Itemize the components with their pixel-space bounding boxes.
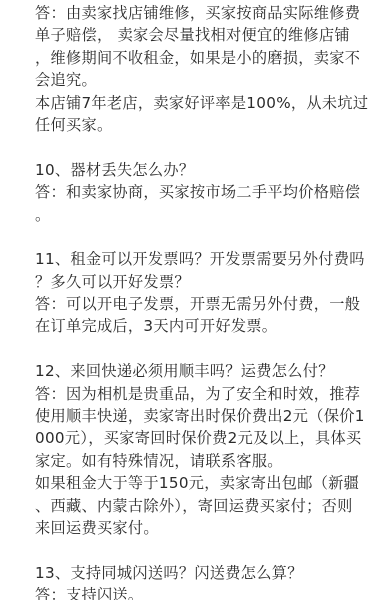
answer-line: 答：和卖家协商，买家按市场二手平均价格赔偿 [35,181,355,203]
question-line: 10、器材丢失怎么办？ [35,159,355,181]
answer-line: 来回运费买家付。 [35,517,355,539]
answer-line: 在订单完成后，3天内可开好发票。 [35,315,355,337]
question-line: ？多久可以开好发票？ [35,271,355,293]
answer-line: 答：可以开电子发票，开票无需另外付费，一般 [35,293,355,315]
spacer [35,226,355,248]
answer-line: 单子赔偿， 卖家会尽量找相对便宜的维修店铺 [35,24,355,46]
question-line: 13、支持同城闪送吗？闪送费怎么算？ [35,562,355,584]
faq-section-q9-answer-tail: 答：由卖家找店铺维修，买家按商品实际维修费 单子赔偿， 卖家会尽量找相对便宜的维… [35,2,355,136]
answer-line: 本店铺7年老店，卖家好评率是100%，从未坑过 [35,92,355,114]
faq-section-q10: 10、器材丢失怎么办？ 答：和卖家协商，买家按市场二手平均价格赔偿 。 [35,159,355,226]
answer-line: 。 [35,204,355,226]
answer-line: 如果租金大于等于150元，卖家寄出包邮（新疆 [35,472,355,494]
answer-line: 使用顺丰快递，卖家寄出时保价费出2元（保价1 [35,405,355,427]
answer-line: 答：由卖家找店铺维修，买家按商品实际维修费 [35,2,355,24]
question-line: 11、租金可以开发票吗？开发票需要另外付费吗 [35,248,355,270]
question-line: 12、来回快递必须用顺丰吗？运费怎么付？ [35,360,355,382]
answer-line: 家定。如有特殊情况，请联系客服。 [35,450,355,472]
faq-section-q13: 13、支持同城闪送吗？闪送费怎么算？ 答：支持闪送。 [35,562,355,600]
answer-line: 答：因为相机是贵重品，为了安全和时效，推荐 [35,383,355,405]
spacer [35,338,355,360]
answer-line: 会追究。 [35,69,355,91]
answer-line: ，维修期间不收租金，如果是小的磨损，卖家不 [35,47,355,69]
faq-document: 答：由卖家找店铺维修，买家按商品实际维修费 单子赔偿， 卖家会尽量找相对便宜的维… [35,2,355,600]
faq-section-q11: 11、租金可以开发票吗？开发票需要另外付费吗 ？多久可以开好发票？ 答：可以开电… [35,248,355,338]
answer-line: 000元），买家寄回时保价费2元及以上，具体买 [35,427,355,449]
answer-line: 答：支持闪送。 [35,584,355,600]
answer-line: 任何买家。 [35,114,355,136]
faq-section-q12: 12、来回快递必须用顺丰吗？运费怎么付？ 答：因为相机是贵重品，为了安全和时效，… [35,360,355,539]
answer-line: 、西藏、内蒙古除外），寄回运费买家付；否则 [35,495,355,517]
spacer [35,136,355,158]
spacer [35,539,355,561]
